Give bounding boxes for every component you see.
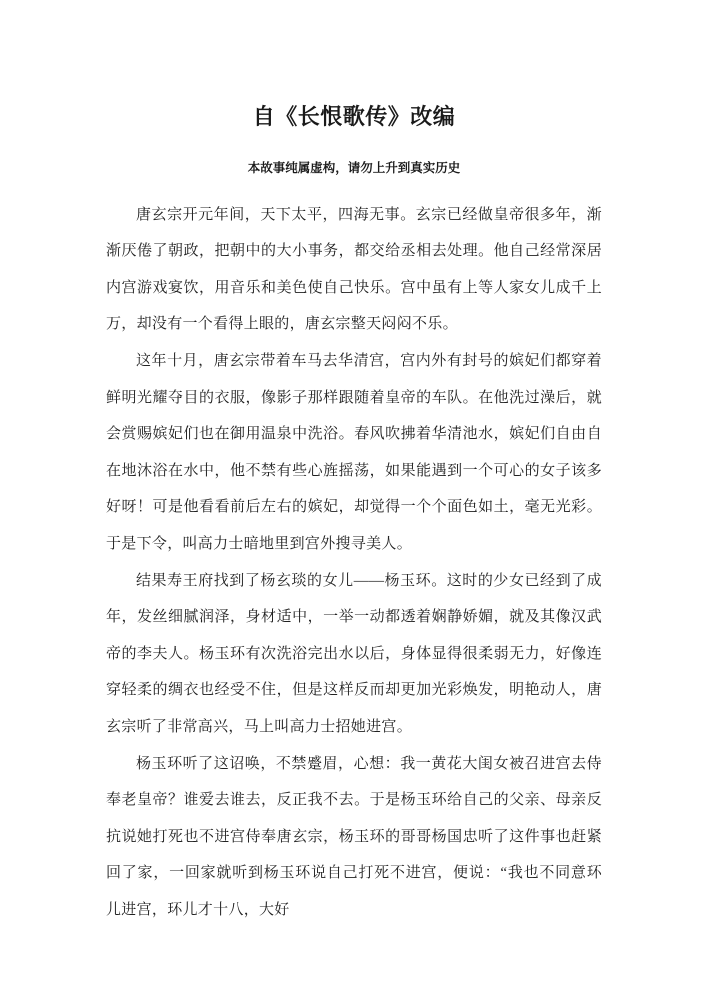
paragraph-1: 唐玄宗开元年间，天下太平，四海无事。玄宗已经做皇帝很多年，渐渐厌倦了朝政，把朝中… (106, 197, 602, 343)
document-content: 自《长恨歌传》改编 本故事纯属虚构，请勿上升到真实历史 唐玄宗开元年间，天下太平… (0, 0, 707, 929)
paragraph-4: 杨玉环听了这诏唤，不禁蹙眉，心想：我一黄花大闺女被召进宫去侍奉老皇帝？谁爱去谁去… (106, 746, 602, 929)
paragraph-3: 结果寿王府找到了杨玄琰的女儿——杨玉环。这时的少女已经到了成年，发丝细腻润泽，身… (106, 563, 602, 746)
paragraph-2: 这年十月，唐玄宗带着车马去华清宫，宫内外有封号的嫔妃们都穿着鲜明光耀夺目的衣服，… (106, 343, 602, 563)
document-subtitle: 本故事纯属虚构，请勿上升到真实历史 (106, 160, 602, 176)
document-page: 自《长恨歌传》改编 本故事纯属虚构，请勿上升到真实历史 唐玄宗开元年间，天下太平… (0, 0, 707, 999)
document-body: 唐玄宗开元年间，天下太平，四海无事。玄宗已经做皇帝很多年，渐渐厌倦了朝政，把朝中… (106, 197, 602, 929)
document-title: 自《长恨歌传》改编 (106, 104, 602, 130)
